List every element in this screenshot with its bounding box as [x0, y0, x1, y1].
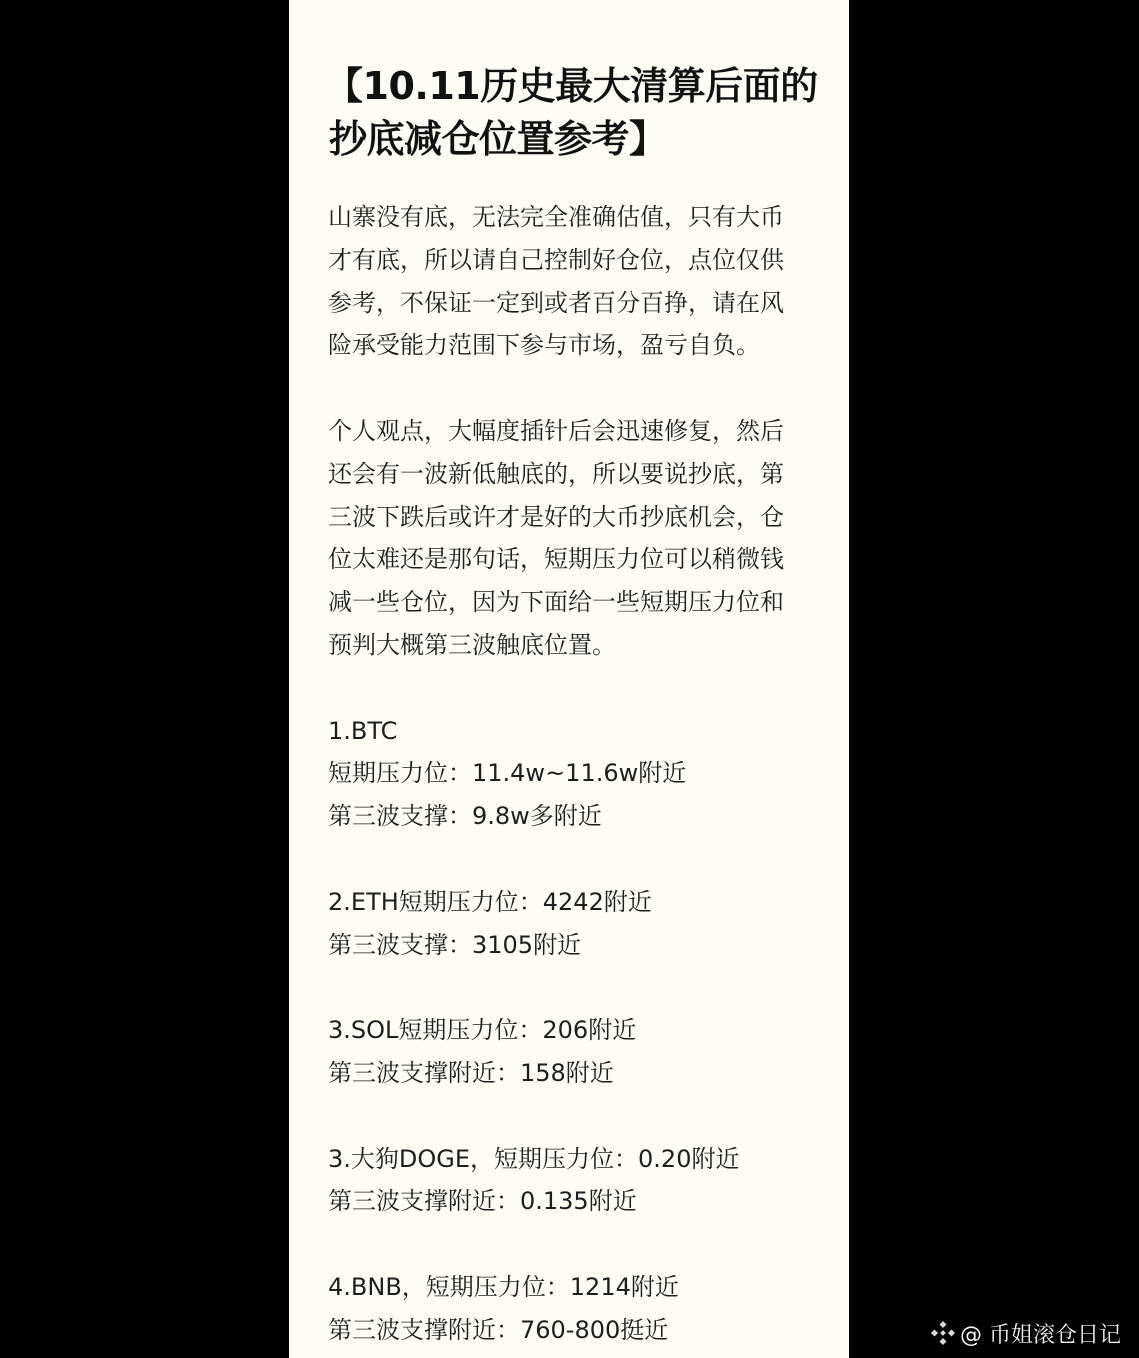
doge-levels: 3.大狗DOGE，短期压力位：0.20附近 第三波支撑附近：0.135附近 — [328, 1138, 818, 1224]
text-line: 预判大概第三波触底位置。 — [328, 624, 818, 667]
text-line: 还会有一波新低触底的，所以要说抄底，第 — [328, 453, 818, 496]
title-line-2: 抄底减仓位置参考】 — [329, 113, 829, 166]
eth-levels: 2.ETH短期压力位：4242附近 第三波支撑：3105附近 — [328, 881, 818, 967]
resistance-level: 4.BNB，短期压力位：1214附近 — [328, 1266, 818, 1309]
text-line: 个人观点，大幅度插针后会迅速修复，然后 — [328, 410, 818, 453]
support-level: 第三波支撑附近：0.135附近 — [328, 1180, 818, 1223]
text-line: 三波下跌后或许才是好的大币抄底机会，仓 — [328, 496, 818, 539]
article-body: 山寨没有底，无法完全准确估值，只有大币 才有底，所以请自己控制好仓位，点位仅供 … — [328, 196, 818, 1352]
coin-heading: 1.BTC — [328, 710, 818, 753]
paragraph-gap — [328, 367, 818, 410]
paragraph-gap — [328, 1223, 818, 1266]
disclaimer-paragraph: 山寨没有底，无法完全准确估值，只有大币 才有底，所以请自己控制好仓位，点位仅供 … — [328, 196, 818, 367]
support-level: 第三波支撑附近：760-800挺近 — [328, 1309, 818, 1352]
paragraph-gap — [328, 966, 818, 1009]
paragraph-gap — [328, 838, 818, 881]
resistance-level: 短期压力位：11.4w~11.6w附近 — [328, 752, 818, 795]
resistance-level: 3.SOL短期压力位：206附近 — [328, 1009, 818, 1052]
title-line-1: 【10.11历史最大清算后面的 — [325, 60, 829, 113]
text-line: 减一些仓位，因为下面给一些短期压力位和 — [328, 581, 818, 624]
sol-levels: 3.SOL短期压力位：206附近 第三波支撑附近：158附近 — [328, 1009, 818, 1095]
paragraph-gap — [328, 667, 818, 710]
watermark-text: @ 币姐滚仓日记 — [960, 1318, 1121, 1349]
opinion-paragraph: 个人观点，大幅度插针后会迅速修复，然后 还会有一波新低触底的，所以要说抄底，第 … — [328, 410, 818, 667]
support-level: 第三波支撑附近：158附近 — [328, 1052, 818, 1095]
support-level: 第三波支撑：3105附近 — [328, 924, 818, 967]
btc-levels: 1.BTC 短期压力位：11.4w~11.6w附近 第三波支撑：9.8w多附近 — [328, 710, 818, 838]
text-line: 险承受能力范围下参与市场，盈亏自负。 — [328, 324, 818, 367]
resistance-level: 3.大狗DOGE，短期压力位：0.20附近 — [328, 1138, 818, 1181]
article-page: 【10.11历史最大清算后面的 抄底减仓位置参考】 山寨没有底，无法完全准确估值… — [289, 0, 849, 1358]
text-line: 参考，不保证一定到或者百分百挣，请在风 — [328, 282, 818, 325]
support-level: 第三波支撑：9.8w多附近 — [328, 795, 818, 838]
article-title: 【10.11历史最大清算后面的 抄底减仓位置参考】 — [329, 60, 829, 166]
bnb-levels: 4.BNB，短期压力位：1214附近 第三波支撑附近：760-800挺近 — [328, 1266, 818, 1352]
binance-logo-icon — [930, 1320, 956, 1346]
resistance-level: 2.ETH短期压力位：4242附近 — [328, 881, 818, 924]
text-line: 位太难还是那句话，短期压力位可以稍微钱 — [328, 538, 818, 581]
text-line: 才有底，所以请自己控制好仓位，点位仅供 — [328, 239, 818, 282]
paragraph-gap — [328, 1095, 818, 1138]
author-watermark: @ 币姐滚仓日记 — [930, 1317, 1121, 1349]
text-line: 山寨没有底，无法完全准确估值，只有大币 — [328, 196, 818, 239]
